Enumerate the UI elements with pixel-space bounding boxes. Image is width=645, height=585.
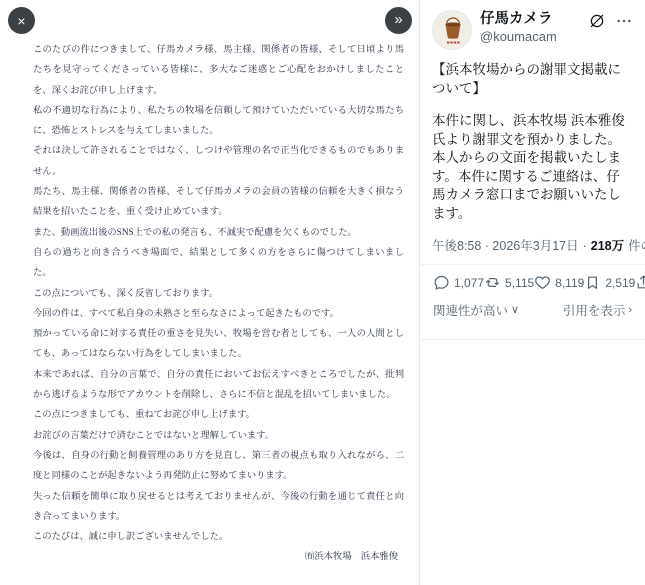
author-handle: @koumacam xyxy=(480,28,588,45)
repost-button[interactable]: 5,115 xyxy=(484,274,534,291)
reply-button[interactable]: 1,077 xyxy=(433,274,484,291)
letter-paragraph: この点についても、深く反省しております。 xyxy=(33,284,404,304)
chevron-right-icon: › xyxy=(628,305,632,316)
action-bar: 1,077 5,115 8,119 2,519 xyxy=(432,265,633,299)
author-identity[interactable]: 仔馬カメラ @koumacam xyxy=(480,10,588,45)
author-display-name: 仔馬カメラ xyxy=(480,10,588,28)
bookmark-icon xyxy=(584,274,601,291)
show-quotes-link[interactable]: 引用を表示 › xyxy=(563,301,632,319)
grok-icon[interactable] xyxy=(588,12,606,30)
letter-paragraph: 馬たち、馬主様、関係者の皆様、そして仔馬カメラの会員の皆様の信頼を大きく損なう結… xyxy=(33,182,404,223)
image-viewer: × » このたびの件につきまして、仔馬カメラ様、馬主様、関係者の皆様、そして日頃… xyxy=(0,0,419,585)
letter-paragraph: このたびは、誠に申し訳ございませんでした。 xyxy=(33,527,404,547)
more-icon[interactable] xyxy=(615,12,633,30)
sort-selector[interactable]: 関連性が高い ∨ xyxy=(433,301,519,319)
timestamp: 午後8:58 · 2026年3月17日 xyxy=(432,236,579,254)
letter-paragraph: 私の不適切な行為により、私たちの牧場を信頼して預けていただいている大切な馬たちに… xyxy=(33,101,404,142)
bookmark-count: 2,519 xyxy=(605,277,635,289)
letter-signature: ㈲浜本牧場 浜本雅俊 xyxy=(33,547,404,567)
letter-paragraph: また、動画流出後のSNS上での私の発言も、不誠実で配慮を欠くものでした。 xyxy=(33,223,404,243)
tweet-header: 仔馬カメラ @koumacam xyxy=(432,10,633,50)
repost-count: 5,115 xyxy=(505,277,534,289)
share-icon xyxy=(635,274,645,291)
letter-paragraph: 今回の件は、すべて私自身の未熟さと至らなさによって起きたものです。 xyxy=(33,304,404,324)
letter-paragraph: 今後は、自身の行動と飼養管理のあり方を見直し、第三者の視点も取り入れながら、二度… xyxy=(33,446,404,487)
like-count: 8,119 xyxy=(555,277,584,289)
header-actions xyxy=(588,10,633,30)
letter-paragraph: 預かっている命に対する責任の重さを見失い、牧場を営む者としても、一人の人間として… xyxy=(33,324,404,365)
heart-icon xyxy=(534,274,551,291)
replies-toolbar: 関連性が高い ∨ 引用を表示 › xyxy=(432,299,633,329)
repost-icon xyxy=(484,274,501,291)
close-icon[interactable]: × xyxy=(8,7,35,34)
tweet-text-title: 【浜本牧場からの謝罪文掲載について】 xyxy=(432,61,633,98)
divider xyxy=(420,339,645,340)
tweet-text-body: 本件に関し、浜本牧場 浜本雅俊氏より謝罪文を預かりました。本人からの文面を掲載い… xyxy=(432,112,633,223)
avatar[interactable] xyxy=(432,10,472,50)
sort-label: 関連性が高い xyxy=(433,301,508,319)
reply-count: 1,077 xyxy=(454,277,484,289)
letter-paragraph: 自らの過ちと向き合うべき場面で、結果として多くの方をさらに傷つけてしまいました。 xyxy=(33,243,404,284)
share-button[interactable] xyxy=(635,274,645,291)
next-image-icon[interactable]: » xyxy=(385,7,412,34)
letter-paragraph: このたびの件につきまして、仔馬カメラ様、馬主様、関係者の皆様、そして日頃より馬た… xyxy=(33,40,404,101)
quotes-label: 引用を表示 xyxy=(563,301,626,319)
letter-paragraph: 本来であれば、自分の言葉で、自分の責任においてお伝えすべきところでしたが、批判か… xyxy=(33,365,404,406)
like-button[interactable]: 8,119 xyxy=(534,274,584,291)
tweet-text: 【浜本牧場からの謝罪文掲載について】 本件に関し、浜本牧場 浜本雅俊氏より謝罪文… xyxy=(432,61,633,223)
dot-separator: · xyxy=(583,239,587,253)
chevron-down-icon: ∨ xyxy=(511,305,519,316)
bookmark-button[interactable]: 2,519 xyxy=(584,274,635,291)
bucket-avatar-icon xyxy=(433,11,472,50)
letter-paragraph: それは決して許されることではなく、しつけや管理の名で正当化できるものでもありませ… xyxy=(33,141,404,182)
letter-paragraph: この点につきましても、重ねてお詫び申し上げます。 xyxy=(33,405,404,425)
tweet-detail-panel: 仔馬カメラ @koumacam 【浜本牧場からの謝罪文掲載について】 本件に関し… xyxy=(419,0,645,585)
letter-paragraph: 失った信頼を簡単に取り戻せるとは考えておりませんが、今後の行動を通じて責任と向き… xyxy=(33,487,404,528)
apology-letter-image: このたびの件につきまして、仔馬カメラ様、馬主様、関係者の皆様、そして日頃より馬た… xyxy=(33,40,404,568)
views-count: 218万 xyxy=(591,236,624,254)
views-label: 件の表示 xyxy=(628,236,645,254)
timestamp-row: 午後8:58 · 2026年3月17日 · 218万 件の表示 xyxy=(432,236,633,254)
letter-paragraph: お詫びの言葉だけで済むことではないと理解しています。 xyxy=(33,426,404,446)
reply-icon xyxy=(433,274,450,291)
